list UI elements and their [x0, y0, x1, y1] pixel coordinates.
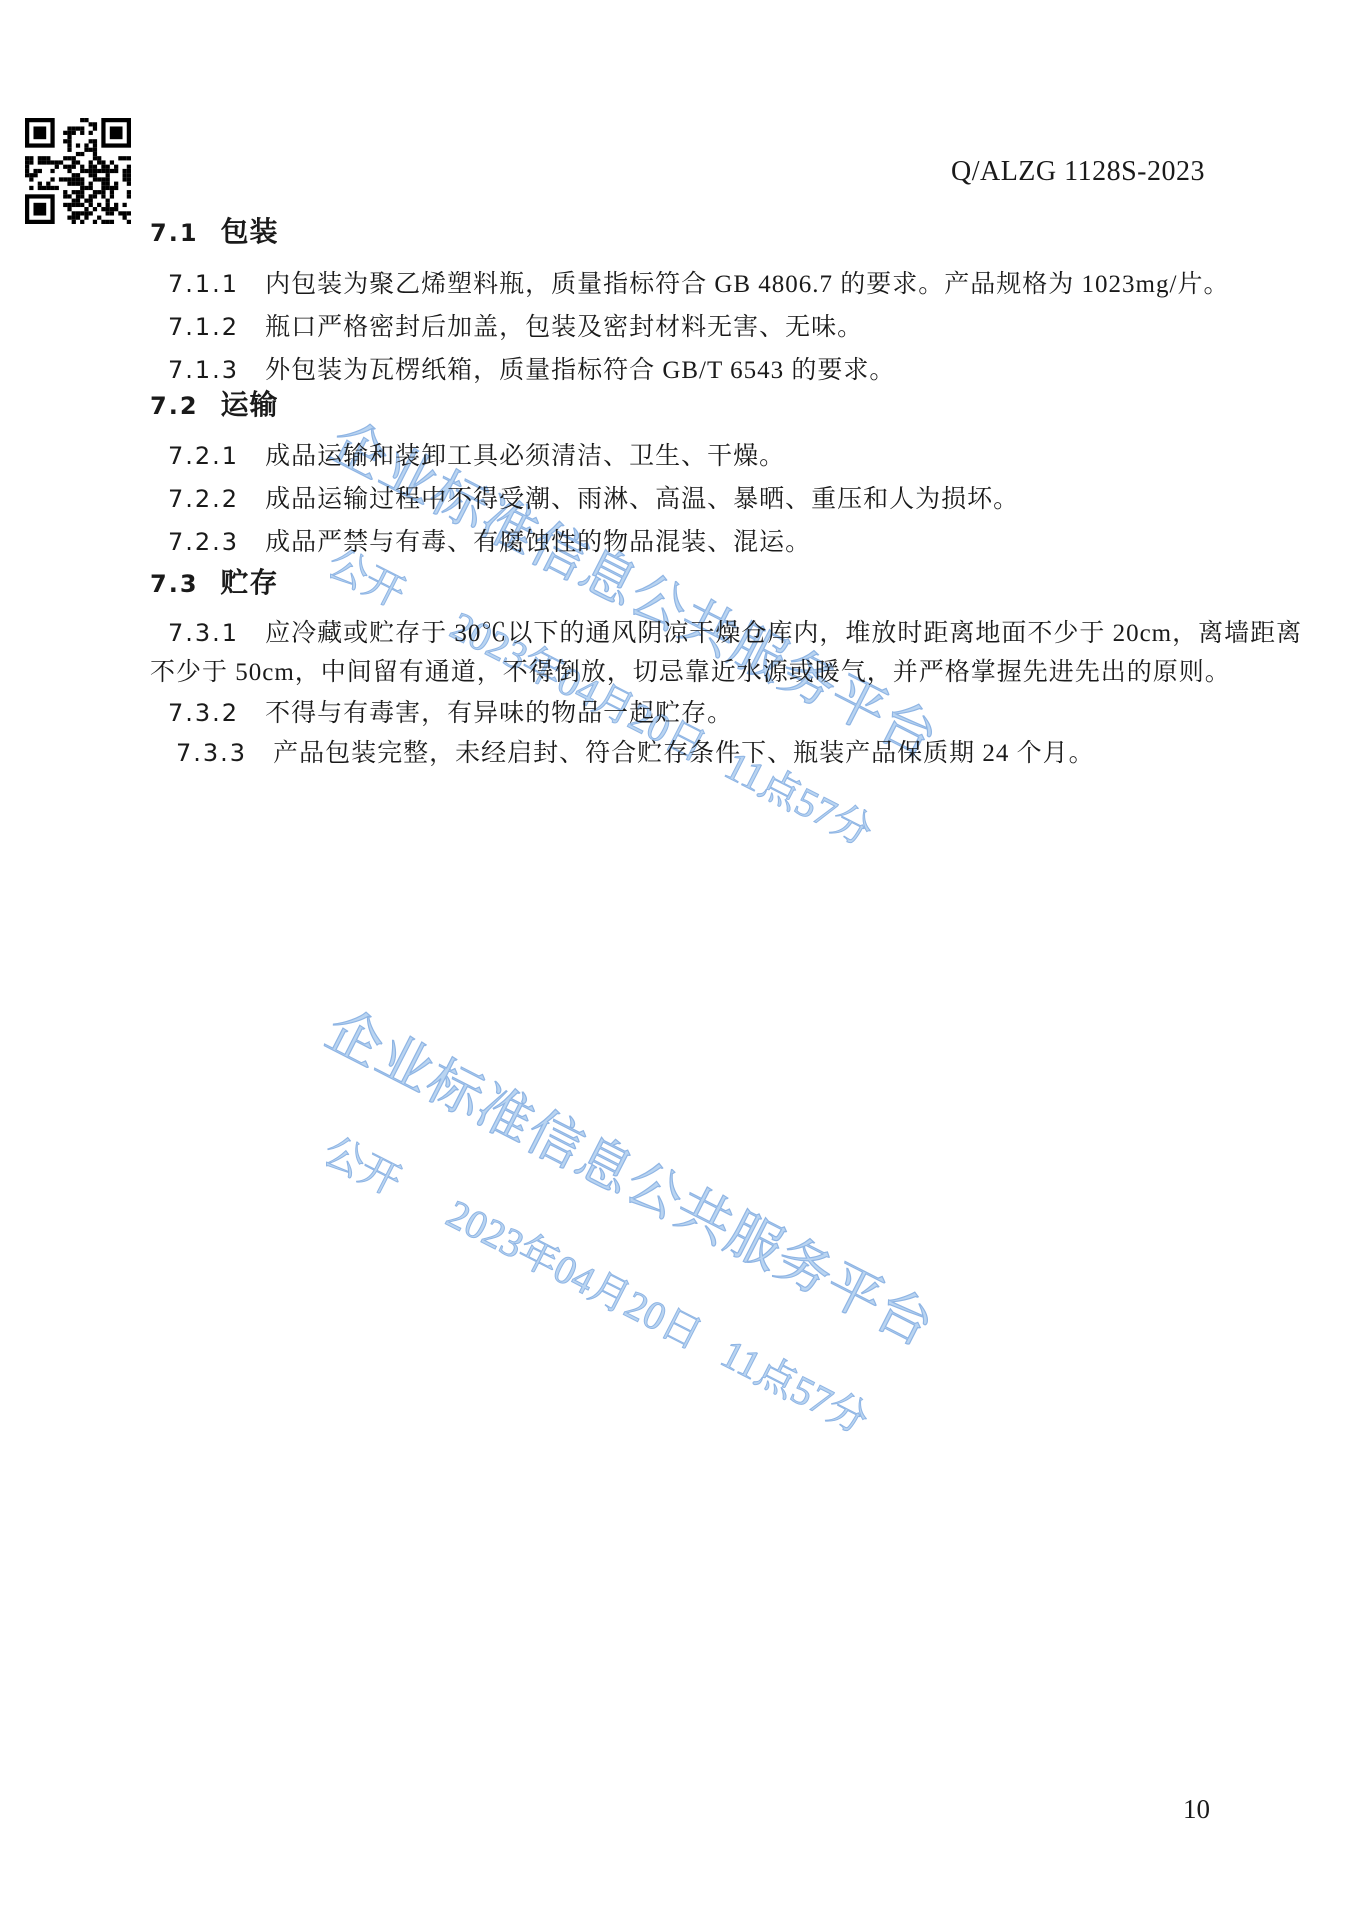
clause-7-1-2: 7.1.2瓶口严格密封后加盖，包装及密封材料无害、无味。 [150, 306, 1270, 349]
clause-number: 7.1.2 [168, 313, 239, 341]
clause-text: 成品严禁与有毒、有腐蚀性的物品混装、混运。 [265, 529, 811, 556]
clause-number: 7.1.3 [168, 356, 239, 384]
clause-number: 7.2.2 [168, 485, 239, 513]
page-number: 10 [1183, 1794, 1210, 1825]
watermark-platform-text: 企业标准信息公共服务平台 [315, 986, 950, 1361]
watermark-time: 11点57分 [713, 1323, 880, 1446]
clause-7-3-1-continued: 不少于 50cm，中间留有通道，不得倒放，切忌靠近水源或暖气，并严格掌握先进先出… [150, 653, 1270, 693]
section-7-1: 7.1包装 7.1.1内包装为聚乙烯塑料瓶，质量指标符合 GB 4806.7 的… [150, 217, 1270, 392]
clause-text: 外包装为瓦楞纸箱，质量指标符合 GB/T 6543 的要求。 [265, 357, 895, 384]
clause-number: 7.3.3 [176, 739, 247, 767]
clause-text: 内包装为聚乙烯塑料瓶，质量指标符合 GB 4806.7 的要求。产品规格为 10… [265, 271, 1229, 298]
section-7-2: 7.2运输 7.2.1成品运输和装卸工具必须清洁、卫生、干燥。 7.2.2成品运… [150, 390, 1270, 564]
watermark-bottom: 企业标准信息公共服务平台 公开 2023年04月20日 11点57分 [269, 986, 950, 1452]
section-number: 7.2 [150, 392, 199, 420]
watermark-date: 2023年04月20日 [438, 1183, 713, 1361]
document-page: 企业标准信息公共服务平台 公开 2023年04月20日 11点57分 企业标准信… [0, 0, 1358, 1920]
clause-7-2-3: 7.2.3成品严禁与有毒、有腐蚀性的物品混装、混运。 [150, 521, 1270, 564]
clause-text: 不得与有毒害，有异味的物品一起贮存。 [265, 700, 733, 727]
section-title: 运输 [221, 389, 279, 420]
section-7-3: 7.3贮存 7.3.1应冷藏或贮存于 30℃以下的通风阴凉干燥仓库内，堆放时距离… [150, 568, 1270, 773]
clause-7-2-1: 7.2.1成品运输和装卸工具必须清洁、卫生、干燥。 [150, 435, 1270, 478]
clause-text: 成品运输过程中不得受潮、雨淋、高温、暴晒、重压和人为损坏。 [265, 486, 1019, 513]
clause-text: 成品运输和装卸工具必须清洁、卫生、干燥。 [265, 443, 785, 470]
watermark-public-label: 公开 [315, 1120, 412, 1207]
document-code: Q/ALZG 1128S-2023 [951, 156, 1205, 188]
clause-number: 7.2.3 [168, 528, 239, 556]
section-title: 贮存 [221, 567, 279, 598]
section-title: 包装 [221, 216, 279, 247]
section-items: 7.1.1内包装为聚乙烯塑料瓶，质量指标符合 GB 4806.7 的要求。产品规… [150, 263, 1270, 392]
clause-number: 7.1.1 [168, 270, 239, 298]
clause-7-3-1: 7.3.1应冷藏或贮存于 30℃以下的通风阴凉干燥仓库内，堆放时距离地面不少于 … [150, 613, 1270, 653]
clause-text: 瓶口严格密封后加盖，包装及密封材料无害、无味。 [265, 314, 863, 341]
section-heading: 7.1包装 [150, 217, 1270, 248]
section-items: 7.3.1应冷藏或贮存于 30℃以下的通风阴凉干燥仓库内，堆放时距离地面不少于 … [150, 613, 1270, 773]
watermark-datetime: 2023年04月20日 11点57分 [438, 1183, 880, 1446]
section-number: 7.3 [150, 570, 199, 598]
clause-7-3-2: 7.3.2不得与有毒害，有异味的物品一起贮存。 [150, 693, 1270, 733]
clause-text: 应冷藏或贮存于 30℃以下的通风阴凉干燥仓库内，堆放时距离地面不少于 20cm，… [265, 620, 1302, 647]
clause-7-1-1: 7.1.1内包装为聚乙烯塑料瓶，质量指标符合 GB 4806.7 的要求。产品规… [150, 263, 1270, 306]
clause-number: 7.3.1 [168, 619, 239, 647]
clause-7-3-3: 7.3.3产品包装完整，未经启封、符合贮存条件下、瓶装产品保质期 24 个月。 [150, 733, 1270, 773]
section-items: 7.2.1成品运输和装卸工具必须清洁、卫生、干燥。 7.2.2成品运输过程中不得… [150, 435, 1270, 564]
clause-7-1-3: 7.1.3外包装为瓦楞纸箱，质量指标符合 GB/T 6543 的要求。 [150, 349, 1270, 392]
clause-number: 7.2.1 [168, 442, 239, 470]
section-heading: 7.3贮存 [150, 568, 1270, 599]
clause-number: 7.3.2 [168, 699, 239, 727]
section-heading: 7.2运输 [150, 390, 1270, 421]
clause-7-2-2: 7.2.2成品运输过程中不得受潮、雨淋、高温、暴晒、重压和人为损坏。 [150, 478, 1270, 521]
watermark-meta: 公开 2023年04月20日 11点57分 [269, 1096, 894, 1452]
section-number: 7.1 [150, 219, 199, 247]
qr-code [25, 118, 131, 224]
clause-text: 产品包装完整，未经启封、符合贮存条件下、瓶装产品保质期 24 个月。 [273, 740, 1095, 767]
